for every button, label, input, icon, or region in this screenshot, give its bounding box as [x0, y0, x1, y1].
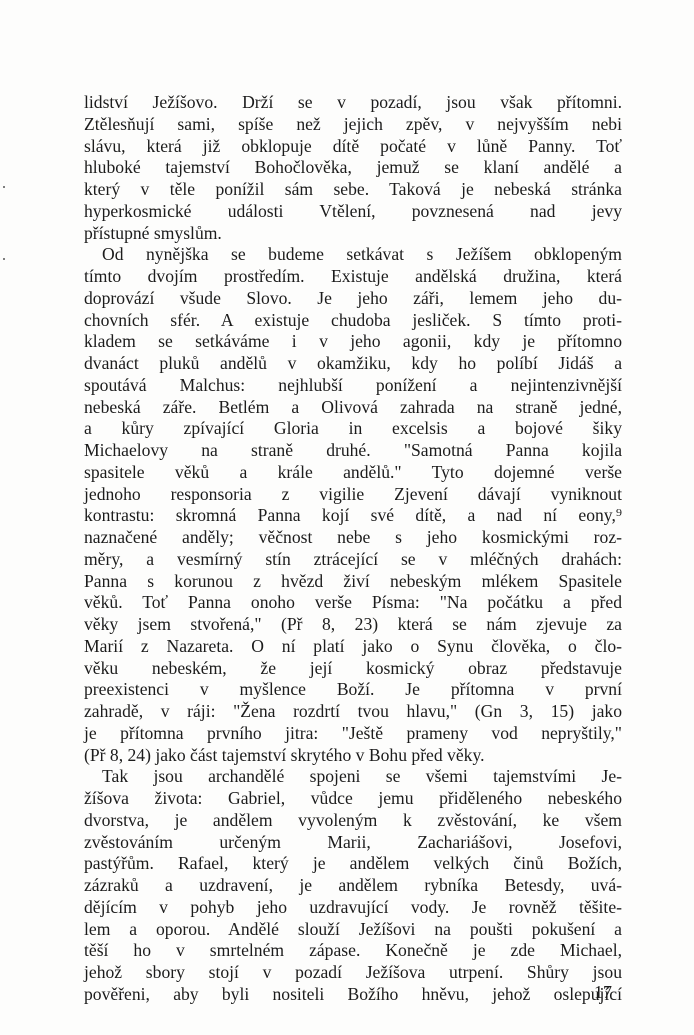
text-line: přístupné smyslům. [84, 223, 622, 245]
text-line: lidství Ježíšovo. Drží se v pozadí, jsou… [84, 92, 622, 114]
page-body-text: lidství Ježíšovo. Drží se v pozadí, jsou… [84, 92, 622, 1006]
text-line: chovních sfér. A existuje chudoba jeslič… [84, 310, 622, 332]
text-line: doprovází všude Slovo. Je jeho záři, lem… [84, 288, 622, 310]
text-line: věku nebeském, že její kosmický obraz př… [84, 658, 622, 680]
text-line: Od nynějška se budeme setkávat s Ježíšem… [84, 244, 622, 266]
page-number: 17 [594, 982, 612, 1003]
text-line: dvorstva, je andělem vyvoleným k zvěstov… [84, 810, 622, 832]
text-line: Michaelovy na straně druhé. "Samotná Pan… [84, 440, 622, 462]
text-line: těší ho v smrtelném zápase. Konečně je z… [84, 940, 622, 962]
text-line: hyperkosmické události Vtělení, povznese… [84, 201, 622, 223]
text-line: který v těle ponížil sám sebe. Taková je… [84, 179, 622, 201]
text-line: dvanáct pluků andělů v okamžiku, kdy ho … [84, 353, 622, 375]
margin-mark [3, 186, 5, 188]
text-line: žíšova života: Gabriel, vůdce jemu přidě… [84, 788, 622, 810]
text-line: lem a oporou. Andělé slouží Ježíšovi na … [84, 919, 622, 941]
text-line: zahradě, v ráji: "Žena rozdrtí tvou hlav… [84, 701, 622, 723]
text-line: spoutává Malchus: nejhlubší ponížení a n… [84, 375, 622, 397]
text-line: spasitele věků a krále andělů." Tyto doj… [84, 462, 622, 484]
text-line: je přítomna prvního jitra: "Ještě pramen… [84, 723, 622, 745]
margin-mark [3, 258, 5, 260]
text-line: slávu, která již obklopuje dítě počaté v… [84, 136, 622, 158]
text-line: jehož sbory stojí v pozadí Ježíšova utrp… [84, 962, 622, 984]
text-line: Panna s korunou z hvězd živí nebeským ml… [84, 571, 622, 593]
text-line: dějícím v pohyb jeho uzdravující vody. J… [84, 897, 622, 919]
text-line: hluboké tajemství Bohočlověka, jemuž se … [84, 157, 622, 179]
text-line: (Př 8, 24) jako část tajemství skrytého … [84, 745, 622, 767]
text-line: pověřeni, aby byli nositeli Božího hněvu… [84, 984, 622, 1006]
text-line: zázraků a uzdravení, je andělem rybníka … [84, 875, 622, 897]
text-line: zvěstováním určeným Marii, Zachariášovi,… [84, 832, 622, 854]
text-line: preexistenci v myšlence Boží. Je přítomn… [84, 679, 622, 701]
text-line: měry, a vesmírný stín ztrácející se v ml… [84, 549, 622, 571]
text-line: nebeská záře. Betlém a Olivová zahrada n… [84, 397, 622, 419]
text-line: kladem se setkáváme i v jeho agonii, kdy… [84, 331, 622, 353]
text-line: Ztělesňují sami, spíše než jejich zpěv, … [84, 114, 622, 136]
text-line: tímto dvojím prostředím. Existuje anděls… [84, 266, 622, 288]
text-line: Tak jsou archandělé spojeni se všemi taj… [84, 766, 622, 788]
text-line: Marií z Nazareta. O ní platí jako o Synu… [84, 636, 622, 658]
text-line: kontrastu: skromná Panna kojí své dítě, … [84, 505, 622, 527]
text-line: jednoho responsoria z vigilie Zjevení dá… [84, 484, 622, 506]
text-line: a kůry zpívající Gloria in excelsis a bo… [84, 418, 622, 440]
text-line: věky jsem stvořená," (Př 8, 23) která se… [84, 614, 622, 636]
text-line: pastýřům. Rafael, který je andělem velký… [84, 853, 622, 875]
text-line: věků. Toť Panna onoho verše Písma: "Na p… [84, 592, 622, 614]
text-line: naznačené anděly; věčnost nebe s jeho ko… [84, 527, 622, 549]
